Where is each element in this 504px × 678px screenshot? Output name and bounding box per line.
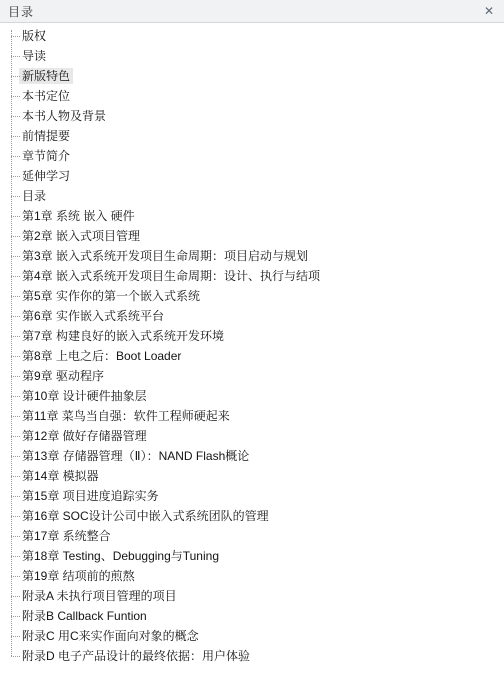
toc-item[interactable]: 第7章 构建良好的嵌入式系统开发环境 [0, 326, 504, 346]
toc-panel: 目录 ✕ 版权导读新版特色本书定位本书人物及背景前情提要章节简介延伸学习目录第1… [0, 0, 504, 678]
panel-title: 目录 [0, 3, 34, 20]
toc-item[interactable]: 附录A 未执行项目管理的项目 [0, 586, 504, 606]
toc-item-label: 附录D 电子产品设计的最终依据：用户体验 [19, 648, 253, 664]
toc-item-label: 本书人物及背景 [19, 108, 109, 124]
toc-item[interactable]: 第15章 项目进度追踪实务 [0, 486, 504, 506]
toc-item-label: 附录A 未执行项目管理的项目 [19, 588, 180, 604]
toc-item-label: 目录 [19, 188, 49, 204]
toc-item[interactable]: 第1章 系统 嵌入 硬件 [0, 206, 504, 226]
toc-item-label: 附录B Callback Funtion [19, 608, 150, 624]
toc-item-label: 附录C 用C来实作面向对象的概念 [19, 628, 202, 644]
toc-item[interactable]: 新版特色 [0, 66, 504, 86]
toc-item[interactable]: 前情提要 [0, 126, 504, 146]
toc-item-label: 第6章 实作嵌入式系统平台 [19, 308, 167, 324]
toc-item-label: 本书定位 [19, 88, 73, 104]
toc-item[interactable]: 附录B Callback Funtion [0, 606, 504, 626]
toc-item[interactable]: 第3章 嵌入式系统开发项目生命周期：项目启动与规划 [0, 246, 504, 266]
toc-item-label: 新版特色 [19, 68, 73, 84]
toc-item-label: 第19章 结项前的煎熬 [19, 568, 138, 584]
toc-item-label: 前情提要 [19, 128, 73, 144]
toc-item[interactable]: 本书定位 [0, 86, 504, 106]
toc-item[interactable]: 第19章 结项前的煎熬 [0, 566, 504, 586]
toc-item[interactable]: 第5章 实作你的第一个嵌入式系统 [0, 286, 504, 306]
toc-item-label: 第12章 做好存储器管理 [19, 428, 150, 444]
toc-item[interactable]: 第13章 存储器管理（Ⅱ）：NAND Flash概论 [0, 446, 504, 466]
toc-item[interactable]: 第8章 上电之后：Boot Loader [0, 346, 504, 366]
close-icon: ✕ [484, 4, 494, 18]
toc-item-label: 导读 [19, 48, 49, 64]
toc-item-label: 第4章 嵌入式系统开发项目生命周期：设计、执行与结项 [19, 268, 323, 284]
toc-item-label: 第17章 系统整合 [19, 528, 114, 544]
toc-item-label: 第14章 模拟器 [19, 468, 102, 484]
toc-item-label: 第16章 SOC设计公司中嵌入式系统团队的管理 [19, 508, 272, 524]
toc-item[interactable]: 延伸学习 [0, 166, 504, 186]
toc-item[interactable]: 第9章 驱动程序 [0, 366, 504, 386]
close-button[interactable]: ✕ [481, 3, 497, 19]
toc-item[interactable]: 版权 [0, 26, 504, 46]
panel-header: 目录 ✕ [0, 0, 504, 23]
toc-item[interactable]: 第12章 做好存储器管理 [0, 426, 504, 446]
toc-item-label: 第9章 驱动程序 [19, 368, 107, 384]
toc-item-label: 第3章 嵌入式系统开发项目生命周期：项目启动与规划 [19, 248, 311, 264]
toc-item[interactable]: 附录C 用C来实作面向对象的概念 [0, 626, 504, 646]
toc-item-label: 章节简介 [19, 148, 73, 164]
toc-item[interactable]: 导读 [0, 46, 504, 66]
toc-item[interactable]: 目录 [0, 186, 504, 206]
toc-item-label: 延伸学习 [19, 168, 73, 184]
toc-item[interactable]: 第6章 实作嵌入式系统平台 [0, 306, 504, 326]
toc-item-label: 第11章 菜鸟当自强：软件工程师硬起来 [19, 408, 233, 424]
toc-item[interactable]: 第10章 设计硬件抽象层 [0, 386, 504, 406]
toc-item[interactable]: 本书人物及背景 [0, 106, 504, 126]
toc-item-label: 第18章 Testing、Debugging与Tuning [19, 548, 222, 564]
toc-item[interactable]: 章节简介 [0, 146, 504, 166]
toc-item-label: 第13章 存储器管理（Ⅱ）：NAND Flash概论 [19, 448, 252, 464]
toc-item[interactable]: 第16章 SOC设计公司中嵌入式系统团队的管理 [0, 506, 504, 526]
toc-item[interactable]: 第11章 菜鸟当自强：软件工程师硬起来 [0, 406, 504, 426]
toc-item-label: 第1章 系统 嵌入 硬件 [19, 208, 138, 224]
toc-item[interactable]: 第18章 Testing、Debugging与Tuning [0, 546, 504, 566]
toc-item[interactable]: 第4章 嵌入式系统开发项目生命周期：设计、执行与结项 [0, 266, 504, 286]
toc-item-label: 第5章 实作你的第一个嵌入式系统 [19, 288, 203, 304]
toc-item[interactable]: 附录D 电子产品设计的最终依据：用户体验 [0, 646, 504, 666]
toc-item[interactable]: 第14章 模拟器 [0, 466, 504, 486]
toc-item[interactable]: 第17章 系统整合 [0, 526, 504, 546]
toc-item[interactable]: 第2章 嵌入式项目管理 [0, 226, 504, 246]
toc-item-label: 版权 [19, 28, 49, 44]
toc-item-label: 第8章 上电之后：Boot Loader [19, 348, 184, 364]
toc-item-label: 第7章 构建良好的嵌入式系统开发环境 [19, 328, 227, 344]
toc-item-label: 第10章 设计硬件抽象层 [19, 388, 150, 404]
toc-item-label: 第2章 嵌入式项目管理 [19, 228, 143, 244]
toc-list: 版权导读新版特色本书定位本书人物及背景前情提要章节简介延伸学习目录第1章 系统 … [0, 24, 504, 678]
toc-item-label: 第15章 项目进度追踪实务 [19, 488, 162, 504]
